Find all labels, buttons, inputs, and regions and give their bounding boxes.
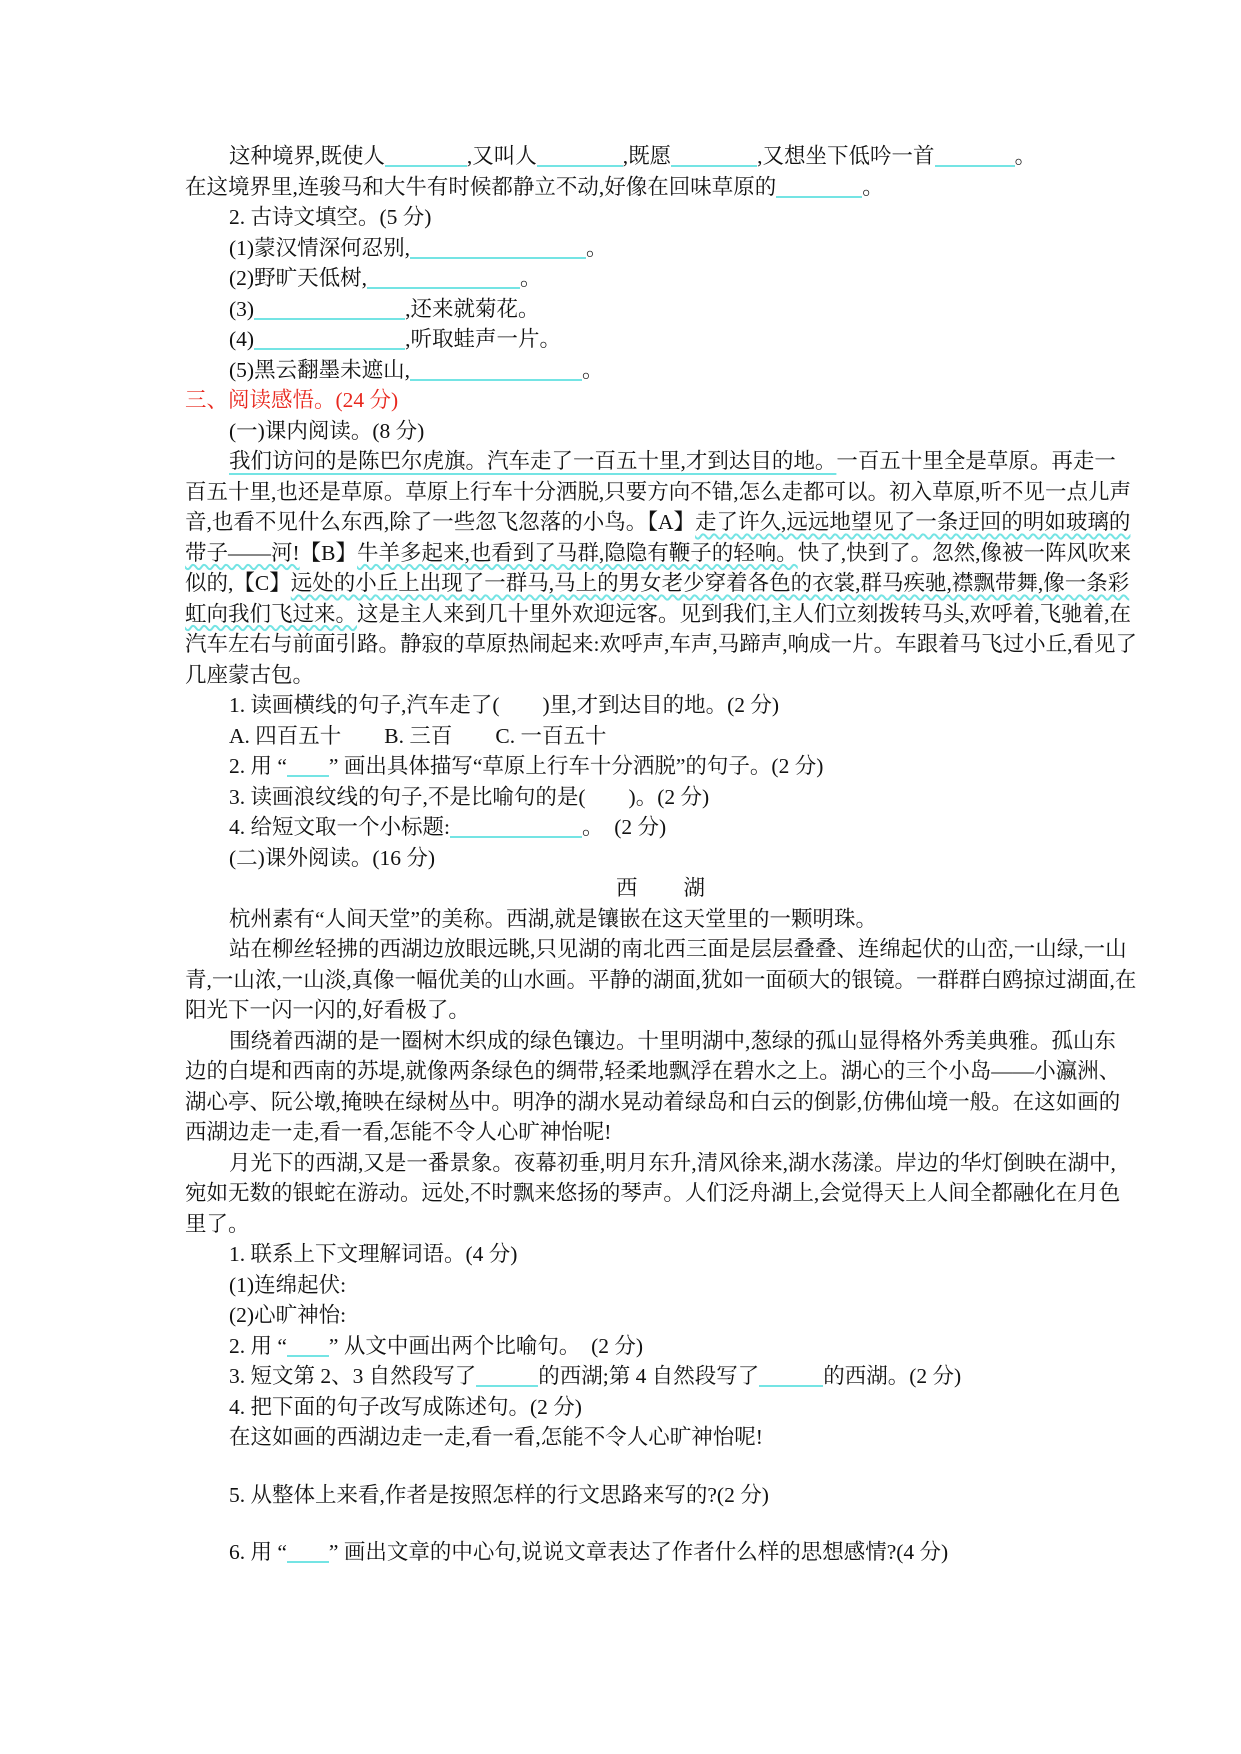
- blank-line: [367, 266, 520, 290]
- poetry-item-5: (5)黑云翻墨未遮山,。: [185, 355, 1137, 386]
- text-segment: ” 从文中画出两个比喻句。 (2 分): [329, 1334, 643, 1358]
- text-segment: ,又叫人: [467, 144, 537, 168]
- blank-line: [537, 144, 623, 168]
- text-segment: (2)野旷天低树,: [229, 266, 367, 290]
- blank-line: [287, 1333, 329, 1357]
- text-segment: 2. 用 “: [229, 1334, 287, 1358]
- part1-passage: 我们访问的是陈巴尔虎旗。汽车走了一百五十里,才到达目的地。一百五十里全是草原。再…: [185, 446, 1137, 690]
- text-segment: (4): [229, 327, 254, 351]
- blank-line: [287, 754, 329, 778]
- blank-line: [254, 296, 405, 320]
- text-segment: 6. 用 “: [229, 1540, 287, 1564]
- poetry-heading: 2. 古诗文填空。(5 分): [185, 202, 1137, 233]
- essay-paragraph-4: 月光下的西湖,又是一番景象。夜幕初垂,明月东升,清风徐来,湖水荡漾。岸边的华灯倒…: [185, 1148, 1137, 1240]
- blank-line: [776, 174, 862, 198]
- blank-line: [476, 1364, 538, 1388]
- text-segment: 这种境界,既使人: [229, 144, 385, 168]
- text-segment: 2. 用 “: [229, 754, 287, 778]
- poetry-item-3: (3),还来就菊花。: [185, 294, 1137, 325]
- text-segment: 。: [582, 358, 604, 382]
- text-segment: 【C】: [233, 571, 290, 595]
- text-segment: ,还来就菊花。: [405, 297, 539, 321]
- blank-line: [759, 1364, 823, 1388]
- text-segment: 。: [520, 266, 542, 290]
- text-segment: 3. 短文第 2、3 自然段写了: [229, 1364, 476, 1388]
- part1-question-1-options: A. 四百五十 B. 三百 C. 一百五十: [185, 721, 1137, 752]
- part2-question-6: 6. 用 “” 画出文章的中心句,说说文章表达了作者什么样的思想感情?(4 分): [185, 1537, 1137, 1568]
- poetry-item-1: (1)蒙汉情深何忍别,。: [185, 233, 1137, 264]
- part2-question-3: 3. 短文第 2、3 自然段写了的西湖;第 4 自然段写了的西湖。(2 分): [185, 1361, 1137, 1392]
- part2-question-1-item-1: (1)连绵起伏:: [185, 1270, 1137, 1301]
- part2-question-1: 1. 联系上下文理解词语。(4 分): [185, 1239, 1137, 1270]
- straight-underlined-text: 我们访问的是陈巴尔虎旗。汽车走了一百五十里,才到达目的地。: [229, 449, 836, 473]
- blank-line: [410, 235, 586, 259]
- text-segment: 【B】: [300, 541, 357, 565]
- part1-label: (一)课内阅读。(8 分): [185, 416, 1137, 447]
- wavy-underlined-text: 牛羊多起来,也看到了马群,隐隐有鞭子的轻响。: [357, 541, 798, 565]
- text-segment: (3): [229, 297, 254, 321]
- text-segment: 。: [586, 236, 608, 260]
- text-segment: 。 (2 分): [582, 815, 666, 839]
- text-segment: 4. 给短文取一个小标题:: [229, 815, 450, 839]
- part1-question-2: 2. 用 “” 画出具体描写“草原上行车十分洒脱”的句子。(2 分): [185, 751, 1137, 782]
- part2-question-1-item-2: (2)心旷神怡:: [185, 1300, 1137, 1331]
- blank-line: [450, 815, 582, 839]
- part2-question-4-sentence: 在这如画的西湖边走一走,看一看,怎能不令人心旷神怡呢!: [185, 1422, 1137, 1453]
- text-segment: ,听取蛙声一片。: [405, 327, 561, 351]
- text-segment: ” 画出文章的中心句,说说文章表达了作者什么样的思想感情?(4 分): [329, 1540, 948, 1564]
- essay-title: 西 湖: [185, 873, 1137, 904]
- text-segment: ” 画出具体描写“草原上行车十分洒脱”的句子。(2 分): [329, 754, 823, 778]
- essay-paragraph-3: 围绕着西湖的是一圈树木织成的绿色镶边。十里明湖中,葱绿的孤山显得格外秀美典雅。孤…: [185, 1026, 1137, 1148]
- intro-line-2: 在这境界里,连骏马和大牛有时候都静立不动,好像在回味草原的。: [185, 172, 1137, 203]
- blank-line: [254, 327, 405, 351]
- poetry-item-2: (2)野旷天低树,。: [185, 263, 1137, 294]
- part1-question-1: 1. 读画横线的句子,汽车走了( )里,才到达目的地。(2 分): [185, 690, 1137, 721]
- essay-paragraph-1: 杭州素有“人间天堂”的美称。西湖,就是镶嵌在这天堂里的一颗明珠。: [185, 904, 1137, 935]
- intro-line-1: 这种境界,既使人,又叫人,既愿,又想坐下低吟一首。: [185, 141, 1137, 172]
- text-segment: ,又想坐下低吟一首: [757, 144, 934, 168]
- text-segment: 【A】: [647, 510, 695, 534]
- blank-line: [935, 144, 1015, 168]
- worksheet-page: 这种境界,既使人,又叫人,既愿,又想坐下低吟一首。 在这境界里,连骏马和大牛有时…: [0, 0, 1241, 1754]
- poetry-item-4: (4),听取蛙声一片。: [185, 324, 1137, 355]
- text-segment: (1)蒙汉情深何忍别,: [229, 236, 410, 260]
- section-heading-reading: 三、阅读感悟。(24 分): [185, 385, 1137, 416]
- blank-line: [410, 357, 582, 381]
- text-segment: (5)黑云翻墨未遮山,: [229, 358, 410, 382]
- blank-line: [287, 1540, 329, 1564]
- part2-label: (二)课外阅读。(16 分): [185, 843, 1137, 874]
- essay-paragraph-2: 站在柳丝轻拂的西湖边放眼远眺,只见湖的南北西三面是层层叠叠、连绵起伏的山峦,一山…: [185, 934, 1137, 1026]
- text-segment: 。: [1015, 144, 1037, 168]
- part1-question-3: 3. 读画浪纹线的句子,不是比喻句的是( )。(2 分): [185, 782, 1137, 813]
- text-segment: 的西湖;第 4 自然段写了: [538, 1364, 759, 1388]
- part2-question-5: 5. 从整体上来看,作者是按照怎样的行文思路来写的?(2 分): [185, 1480, 1137, 1511]
- blank-line: [671, 144, 757, 168]
- text-segment: ,既愿: [623, 144, 671, 168]
- part1-question-4: 4. 给短文取一个小标题:。 (2 分): [185, 812, 1137, 843]
- text-segment: 在这境界里,连骏马和大牛有时候都静立不动,好像在回味草原的: [185, 175, 776, 199]
- text-segment: 的西湖。(2 分): [823, 1364, 961, 1388]
- part2-question-2: 2. 用 “” 从文中画出两个比喻句。 (2 分): [185, 1331, 1137, 1362]
- answer-space: [185, 1510, 1137, 1537]
- blank-line: [385, 144, 467, 168]
- text-segment: 。: [862, 175, 884, 199]
- part2-question-4: 4. 把下面的句子改写成陈述句。(2 分): [185, 1392, 1137, 1423]
- answer-space: [185, 1453, 1137, 1480]
